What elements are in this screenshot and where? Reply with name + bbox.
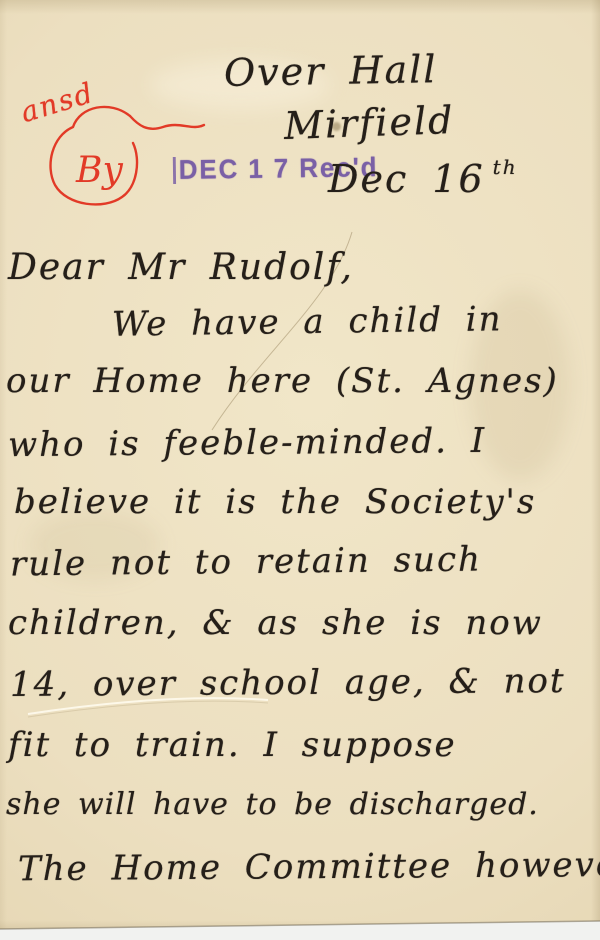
letter-line: believe it is the Society's — [14, 485, 536, 519]
letterhead-address-line-1: Over Hall — [224, 50, 438, 92]
date-text: Dec 16 — [328, 157, 485, 201]
letterhead-address-line-2: Mirfield — [283, 101, 455, 145]
letter-paper: ansd By DEC 1 7 Rec'd Over Hall Mirfield… — [0, 0, 600, 932]
date-ordinal-suffix: th — [493, 155, 518, 179]
initials-text: By — [75, 150, 123, 191]
stamp-frame-edge — [173, 157, 176, 184]
letter-line: our Home here (St. Agnes) — [6, 364, 559, 398]
letter-line: who is feeble-minded. I — [8, 424, 486, 462]
scanned-letter-page: ansd By DEC 1 7 Rec'd Over Hall Mirfield… — [0, 0, 600, 940]
letter-line: fit to train. I suppose — [8, 728, 457, 762]
letter-line: The Home Committee however, — [18, 848, 600, 886]
letterhead-date: Dec 16th — [328, 160, 518, 198]
letter-line: rule not to retain such — [10, 543, 482, 582]
letter-line: she will have to be discharged. — [6, 790, 539, 820]
letter-line: 14, over school age, & not — [10, 664, 566, 702]
salutation-line: Dear Mr Rudolf, — [8, 250, 354, 286]
letter-line: We have a child in — [112, 302, 503, 341]
letter-line: children, & as she is now — [8, 606, 543, 640]
